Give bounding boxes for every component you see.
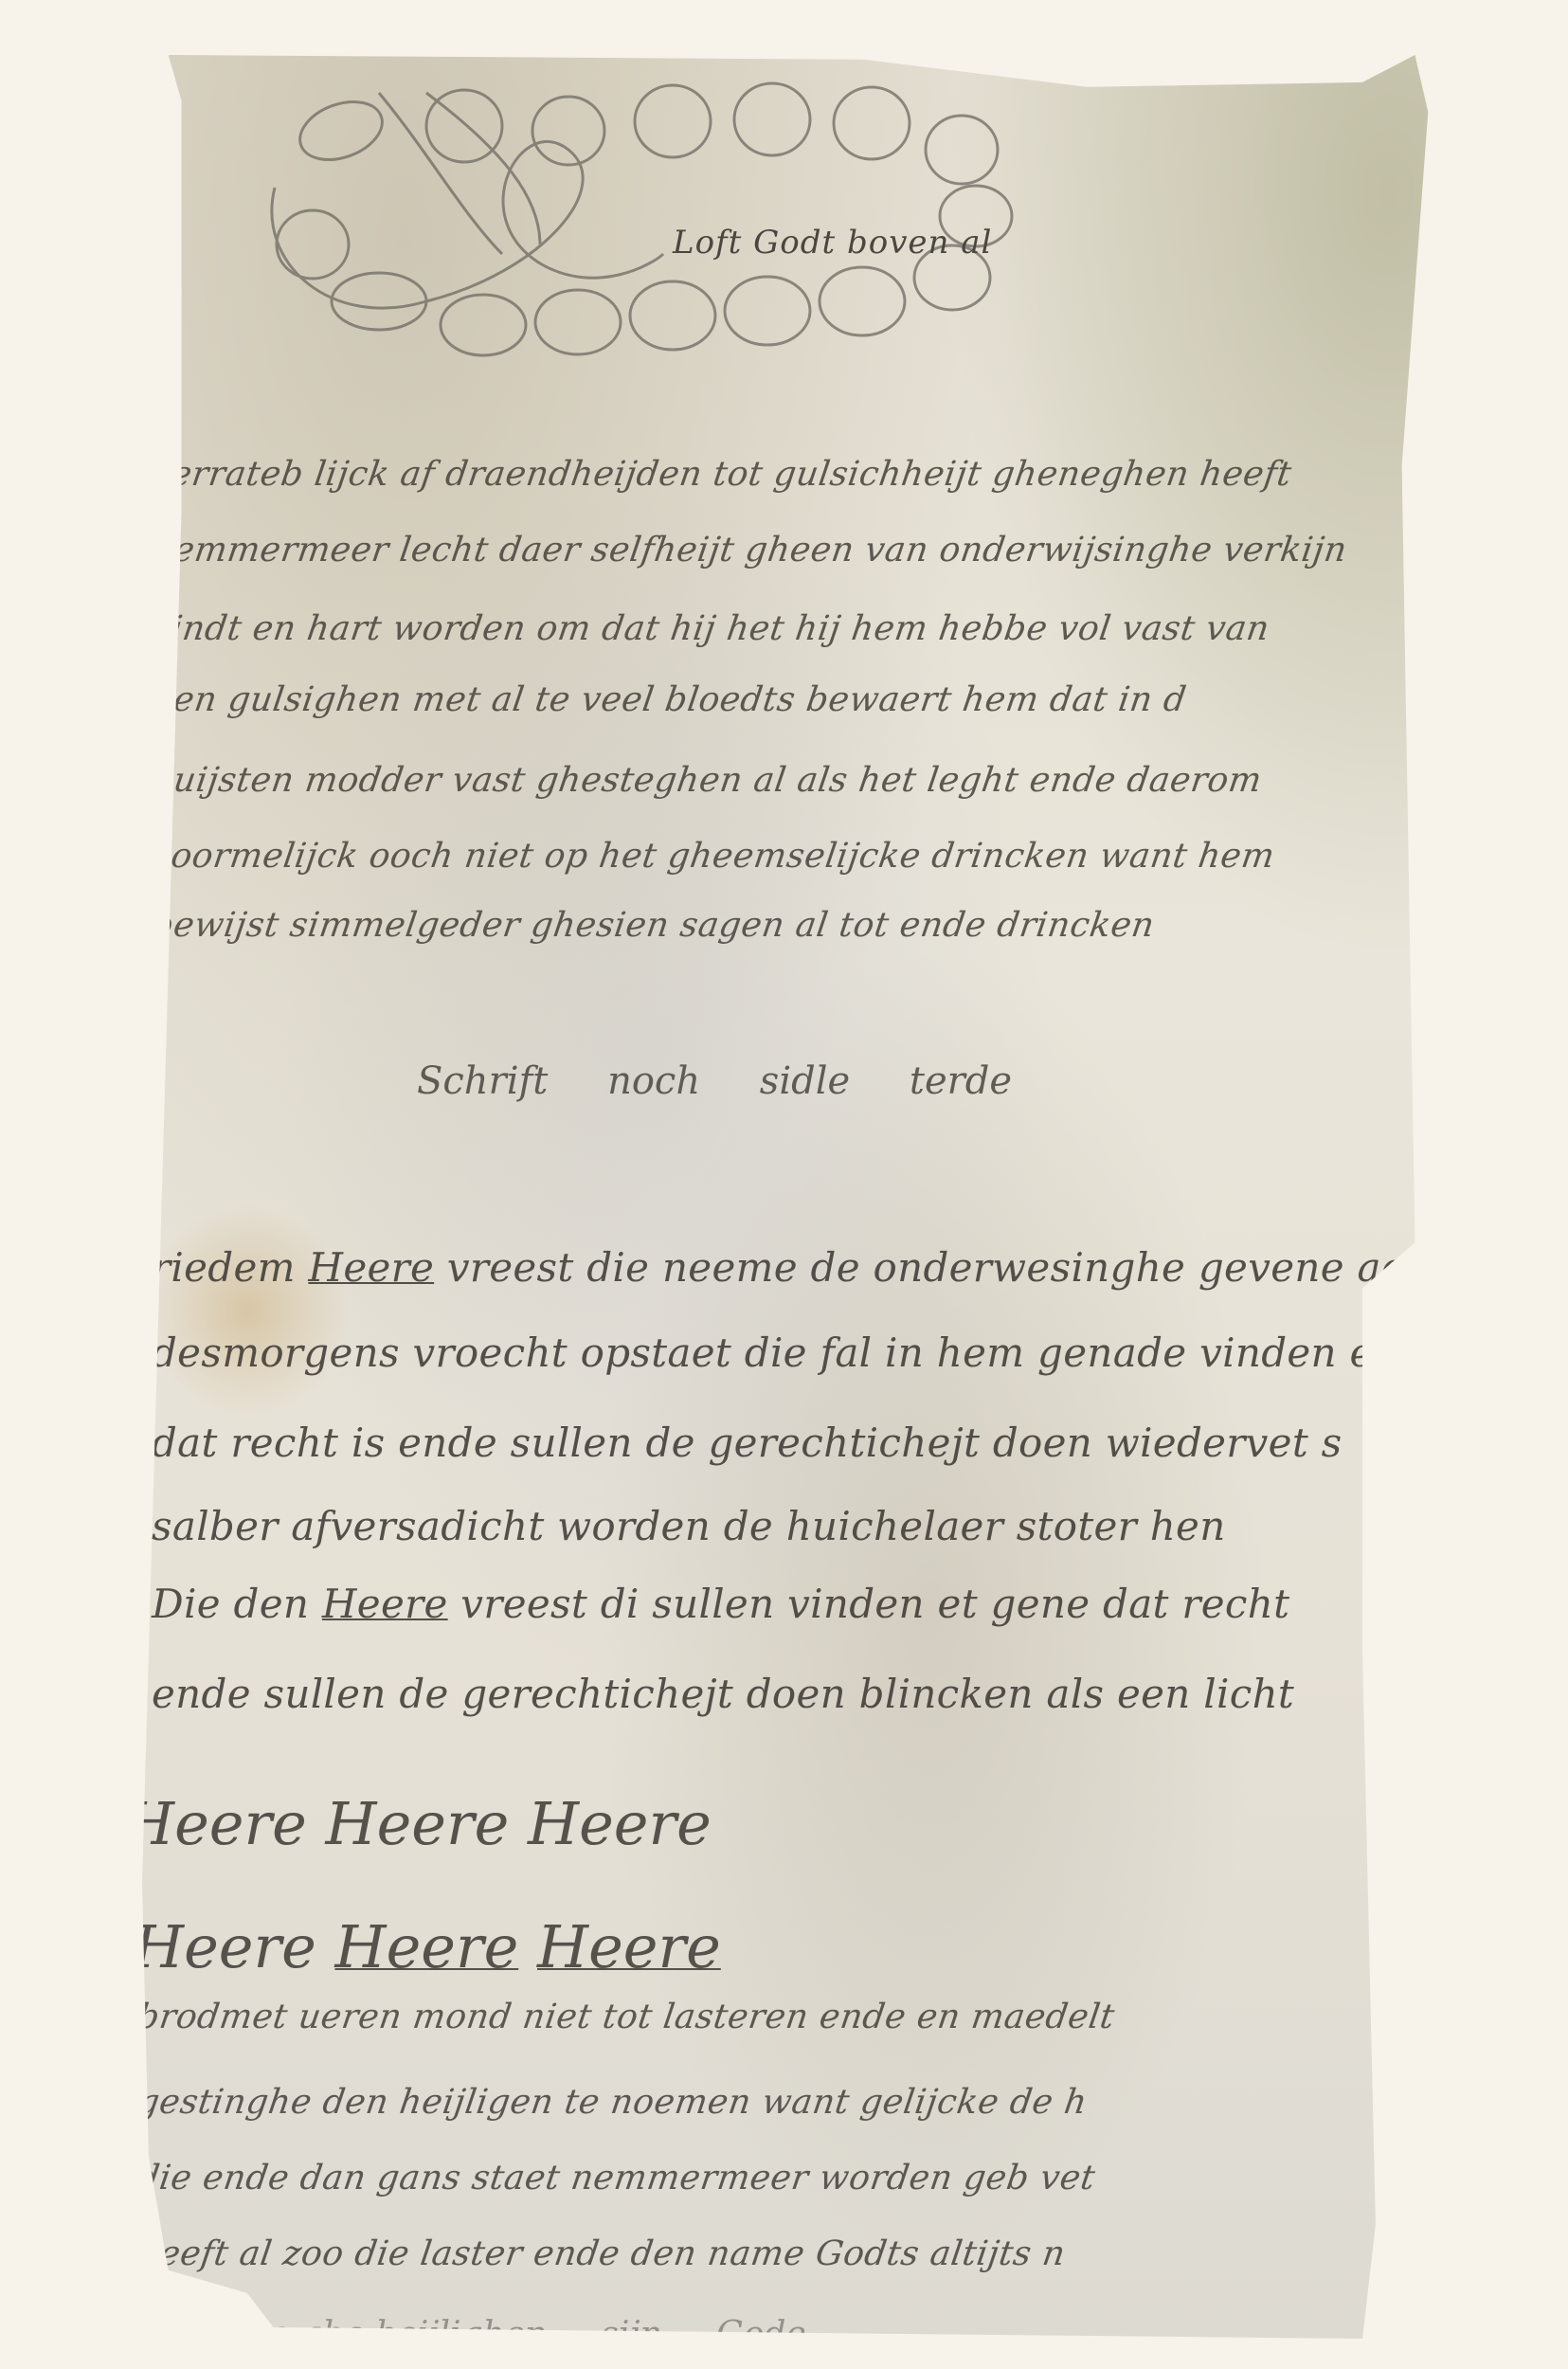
flourish-heading: Loft Godt boven al: [673, 224, 992, 262]
heere-word: Heere: [133, 1912, 316, 1981]
gothic-line-2: nemmermeer lecht daer selfheijt gheen va…: [149, 531, 1349, 570]
italic-line-5: Die den Heere vreest di sullen vinden et…: [152, 1581, 1289, 1627]
heere-word: Heere: [326, 1789, 510, 1858]
flourish-loops-icon: [256, 74, 1108, 358]
gothic-line-7: bewijst simmelgeder ghesien sagen al tot…: [149, 906, 1157, 945]
heere-practice-row-2: Heere Heere Heere: [133, 1912, 721, 1981]
heere-word: Heere: [123, 1789, 307, 1858]
italic-line-1: riedem Heere vreest die neeme de onderwe…: [152, 1244, 1520, 1291]
gothic-line-4: den gulsighen met al te veel bloedts bew…: [149, 680, 1189, 719]
italic-line-5-emphasis: Heere: [322, 1581, 448, 1627]
gothic-lower-line-3: die ende dan gans staet nemmermeer worde…: [135, 2159, 1098, 2197]
gothic-lower-line-5-cut: die ghe heijlighen ... sijn ... Gode ...…: [237, 2315, 892, 2354]
heere-word: Heere: [528, 1789, 712, 1858]
italic-line-5-rest: vreest di sullen vinden et gene dat rech…: [448, 1581, 1290, 1627]
italic-line-3: dat recht is ende sullen de gerechtichej…: [152, 1420, 1343, 1466]
gothic-line-5: duijsten modder vast ghesteghen al als h…: [149, 761, 1264, 800]
gothic-line-1: verrateb lijck af draendheijden tot guls…: [149, 455, 1294, 494]
gothic-lower-line-1: brodmet ueren mond niet tot lasteren end…: [135, 1998, 1117, 2036]
italic-line-1-emphasis: Heere: [308, 1244, 434, 1291]
gothic-lower-line-2: gestinghe den heijligen te noemen want g…: [135, 2083, 1090, 2122]
gothic-line-3: vindt en hart worden om dat hij het hij …: [149, 609, 1271, 648]
italic-line-6: ende sullen de gerechtichejt doen blinck…: [152, 1671, 1294, 1717]
heere-word: Heere: [537, 1912, 721, 1981]
decorative-flourish: [256, 74, 1108, 358]
gothic-line-6: voormelijck ooch niet op het gheemselijc…: [149, 837, 1277, 876]
italic-line-4: salber afversadicht worden de huichelaer…: [152, 1503, 1226, 1549]
section-title: Schrift noch sidle terde: [417, 1059, 1012, 1103]
manuscript-sheet: Loft Godt boven al verrateb lijck af dra…: [142, 55, 1454, 2339]
italic-line-5-start: Die den: [152, 1581, 322, 1627]
italic-line-2: desmorgens vroecht opstaet die fal in he…: [152, 1329, 1452, 1376]
gothic-lower-line-4: heeft al zoo die laster ende den name Go…: [135, 2234, 1068, 2273]
italic-line-1-start: riedem: [152, 1244, 308, 1291]
italic-line-1-rest: vreest die neeme de onderwesinghe gevene…: [434, 1244, 1520, 1291]
heere-practice-row-1: Heere Heere Heere: [123, 1789, 712, 1858]
heere-word: Heere: [335, 1912, 519, 1981]
